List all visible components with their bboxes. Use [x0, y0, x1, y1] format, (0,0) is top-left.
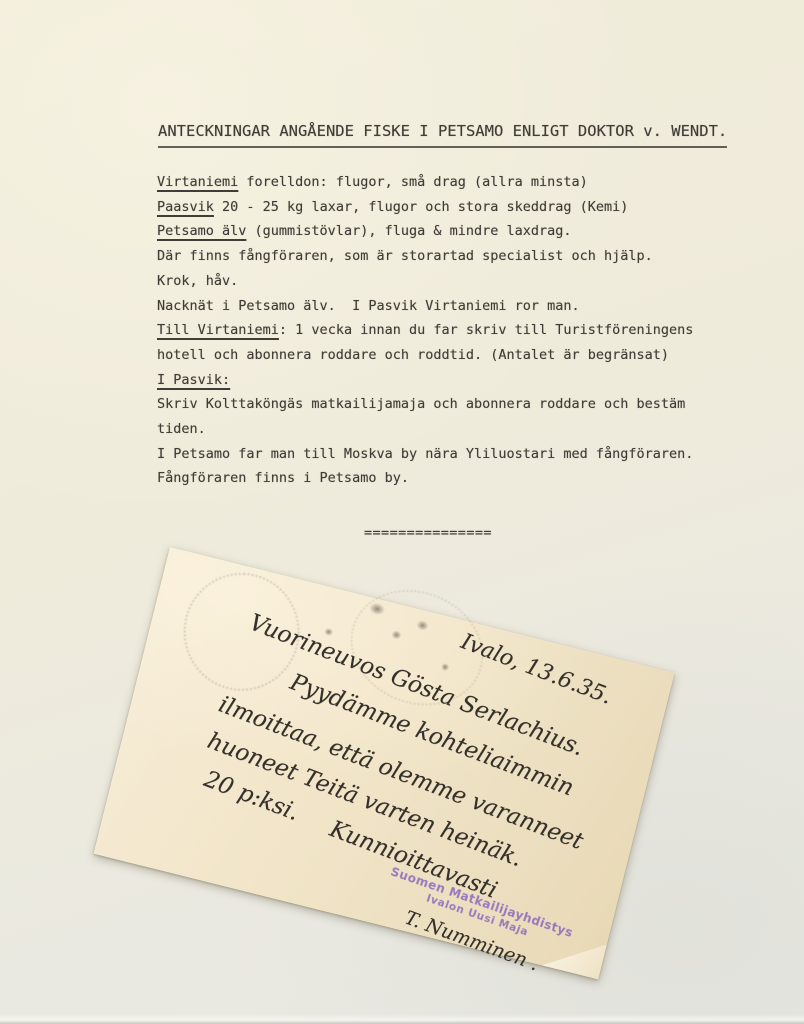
underlined-term: Petsamo älv [157, 223, 246, 239]
paper-edge [0, 1014, 804, 1024]
underlined-term: Virtaniemi [157, 174, 238, 190]
typed-line: Där finns fångföraren, som är storartad … [157, 244, 693, 269]
typed-line: Nacknät i Petsamo älv. I Pasvik Virtanie… [157, 294, 693, 319]
postcard: Ivalo, 13.6.35. Suomen Matkailijayhdisty… [94, 547, 675, 979]
typed-line: Till Virtaniemi: 1 vecka innan du far sk… [157, 318, 693, 343]
typed-line: hotell och abonnera roddare och roddtid.… [157, 343, 693, 368]
typed-line: Paasvik 20 - 25 kg laxar, flugor och sto… [157, 195, 693, 220]
underlined-term: Paasvik [157, 199, 214, 215]
typed-text: : 1 vecka innan du far skriv till Turist… [279, 322, 694, 338]
typed-text: Skriv Kolttaköngäs matkailijamaja och ab… [157, 396, 685, 412]
typed-text: hotell och abonnera roddare och roddtid.… [157, 347, 669, 363]
typed-line: Skriv Kolttaköngäs matkailijamaja och ab… [157, 392, 693, 417]
typed-text: Fångföraren finns i Petsamo by. [157, 470, 409, 486]
underlined-term: I Pasvik: [157, 372, 230, 388]
typed-text: (gummistövlar), fluga & mindre laxdrag. [246, 223, 571, 239]
typed-line: tiden. [157, 417, 693, 442]
scanned-page: ANTECKNINGAR ANGÅENDE FISKE I PETSAMO EN… [0, 0, 804, 1024]
typed-text: Krok, håv. [157, 273, 238, 289]
typed-line: I Pasvik: [157, 368, 693, 393]
typed-text: tiden. [157, 421, 206, 437]
typed-text: forelldon: flugor, små drag (allra minst… [238, 174, 588, 190]
typed-text: Nacknät i Petsamo älv. I Pasvik Virtanie… [157, 298, 580, 314]
typed-text: 20 - 25 kg laxar, flugor och stora skedd… [214, 199, 629, 215]
typed-text: Där finns fångföraren, som är storartad … [157, 248, 653, 264]
underlined-term: Till Virtaniemi [157, 322, 279, 338]
typed-line: Fångföraren finns i Petsamo by. [157, 466, 693, 491]
document-title: ANTECKNINGAR ANGÅENDE FISKE I PETSAMO EN… [158, 121, 727, 148]
typed-text: I Petsamo far man till Moskva by nära Yl… [157, 446, 693, 462]
typed-line: Krok, håv. [157, 269, 693, 294]
typed-line: I Petsamo far man till Moskva by nära Yl… [157, 442, 693, 467]
typed-divider: =============== [364, 525, 492, 541]
typed-line: Petsamo älv (gummistövlar), fluga & mind… [157, 219, 693, 244]
typed-line: Virtaniemi forelldon: flugor, små drag (… [157, 170, 693, 195]
typed-body: Virtaniemi forelldon: flugor, små drag (… [157, 170, 693, 491]
